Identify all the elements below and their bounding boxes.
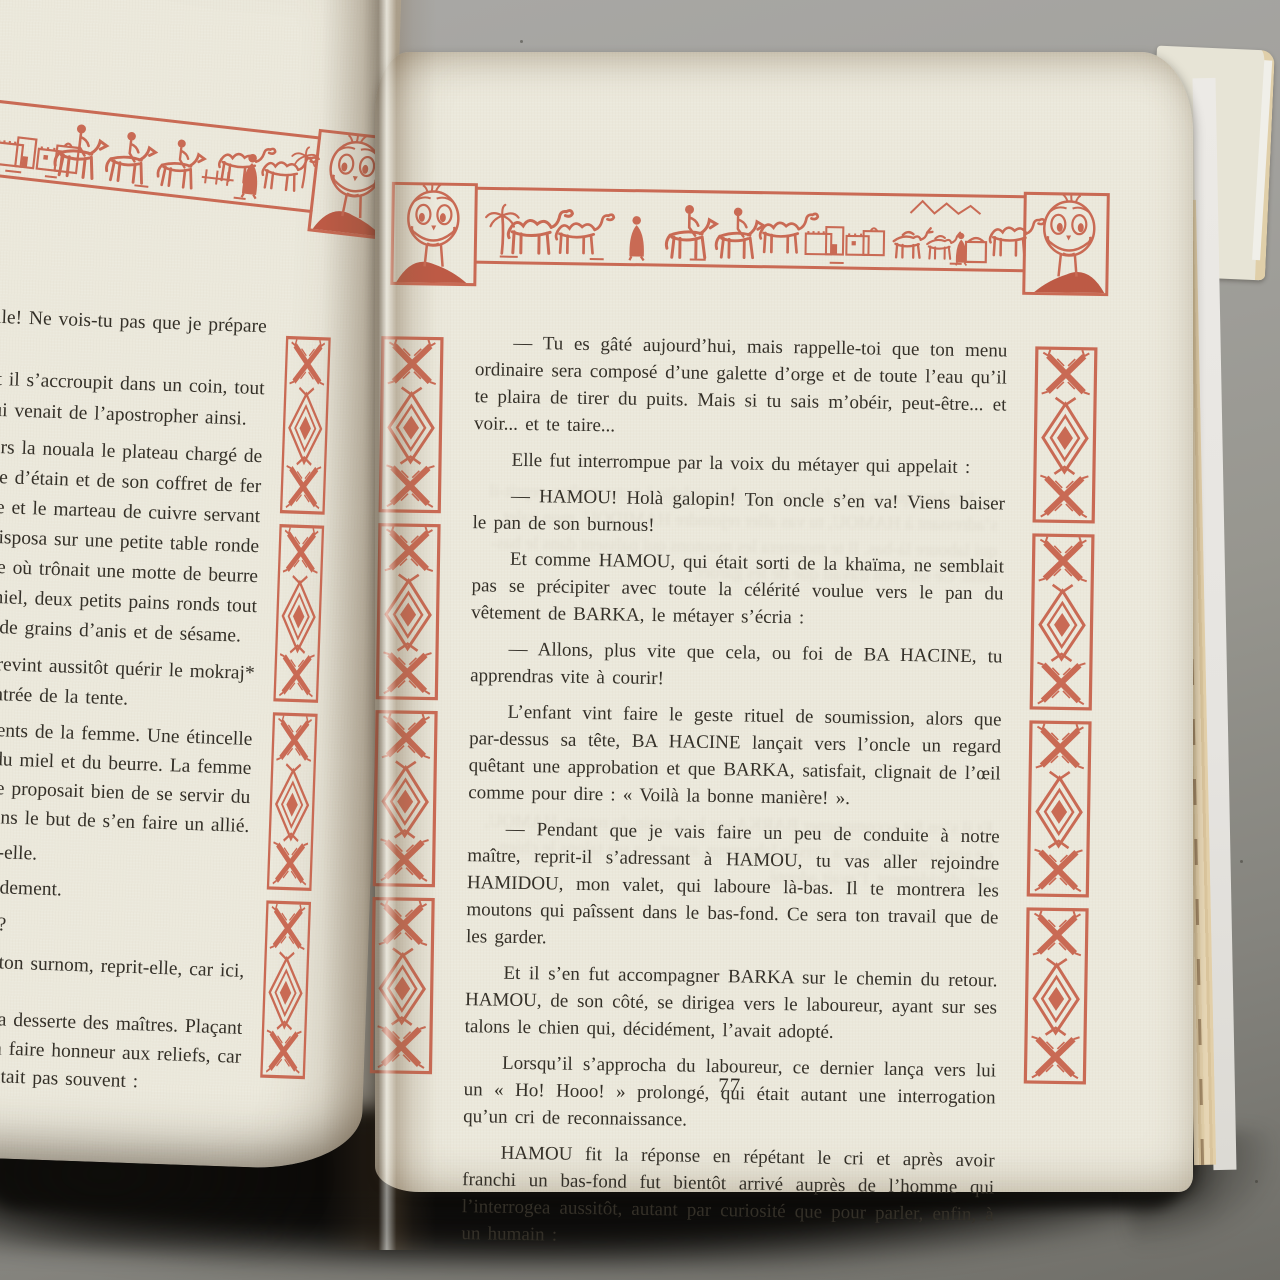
left-page-text-line: qui venait de l’apostropher ainsi.: [0, 399, 247, 430]
left-page-text-line: et disposa sur une petite table ronde: [0, 526, 259, 558]
paragraph: — Tu es gâté aujourd’hui, mais rappelle-…: [474, 329, 1008, 445]
left-page: quille! Ne vois-tu pas que je prépare U,…: [0, 0, 402, 1171]
right-page-content: — Pendant que je vais faire un peu de co…: [357, 46, 1193, 1199]
paragraph: HAMOU fit la réponse en répétant le cri …: [461, 1139, 995, 1255]
left-page-text-line: U, et il s’accroupit dans un coin, tout: [0, 368, 265, 401]
berber-border-column-right-inner: [369, 333, 445, 1079]
right-page: — Pendant que je vais faire un peu de co…: [375, 52, 1193, 1192]
left-page-text-line: -on ?: [0, 913, 7, 936]
paragraph: Et il s’en fut accompagner BARKA sur le …: [464, 959, 997, 1048]
paragraph: Et comme HAMOU, qui était sorti de la kh…: [471, 545, 1004, 634]
left-page-text-line: l’entrée de la tente.: [0, 683, 128, 710]
left-page-text-line: et revint aussitôt quérir le mokraj*: [0, 653, 255, 685]
book-photo: quille! Ne vois-tu pas que je prépare U,…: [0, 0, 1280, 1280]
right-page-text-block: — Tu es gâté aujourd’hui, mais rappelle-…: [461, 329, 1007, 1264]
left-page-text-line: résentait pas souvent :: [0, 1065, 138, 1093]
berber-border-column-left: [259, 335, 331, 1081]
left-page-text-line: fies ton surnom, reprit-elle, car ici,: [0, 951, 245, 983]
left-page-text-line: ce où trônait une motte de beurre: [0, 557, 258, 588]
left-page-text-line: a à faire honneur aux reliefs, car: [0, 1038, 242, 1069]
berber-border-column-right-outer: [1023, 343, 1099, 1089]
paragraph: Elle fut interrompue par la voix du méta…: [473, 446, 1005, 481]
paragraph: — Allons, plus vite que cela, ou foi de …: [470, 635, 1003, 697]
paragraph: — Pendant que je vais faire un peu de co…: [466, 815, 1000, 958]
left-page-text-line: sucre et le marteau de cuivre servant: [0, 496, 260, 528]
caravan-frieze-right: [389, 181, 1113, 304]
left-page-text-line: da-t-elle.: [0, 841, 37, 865]
left-page-text-line: vue du miel et du beurre. La femme: [0, 748, 252, 780]
left-page-text-line: quille! Ne vois-tu pas que je prépare: [0, 306, 267, 338]
left-page-text-line: ussadement.: [0, 876, 62, 901]
left-page-text-line: éière d’étain et de son coffret de fer: [0, 466, 262, 498]
left-page-text-line: rements de la femme. Une étincelle: [0, 719, 253, 751]
left-page-text-line: vers la nouala le plateau chargé de: [0, 436, 263, 468]
paragraph: L’enfant vint faire le geste rituel de s…: [468, 698, 1002, 814]
left-page-text-line: de la desserte des maîtres. Plaçant: [0, 1008, 243, 1040]
left-page-text-line: ée de grains d’anis et de sésame.: [0, 616, 241, 647]
left-page-text-line: miel, deux petits pains ronds tout: [0, 587, 257, 618]
left-page-text-line: s, dans le but de s’en faire un allié.: [0, 806, 250, 838]
paragraph: — HAMOU! Holà galopin! Ton oncle s’en va…: [472, 482, 1005, 544]
caravan-frieze-left: [0, 91, 398, 248]
left-page-text-line: et se proposait bien de se servir du: [0, 777, 251, 809]
